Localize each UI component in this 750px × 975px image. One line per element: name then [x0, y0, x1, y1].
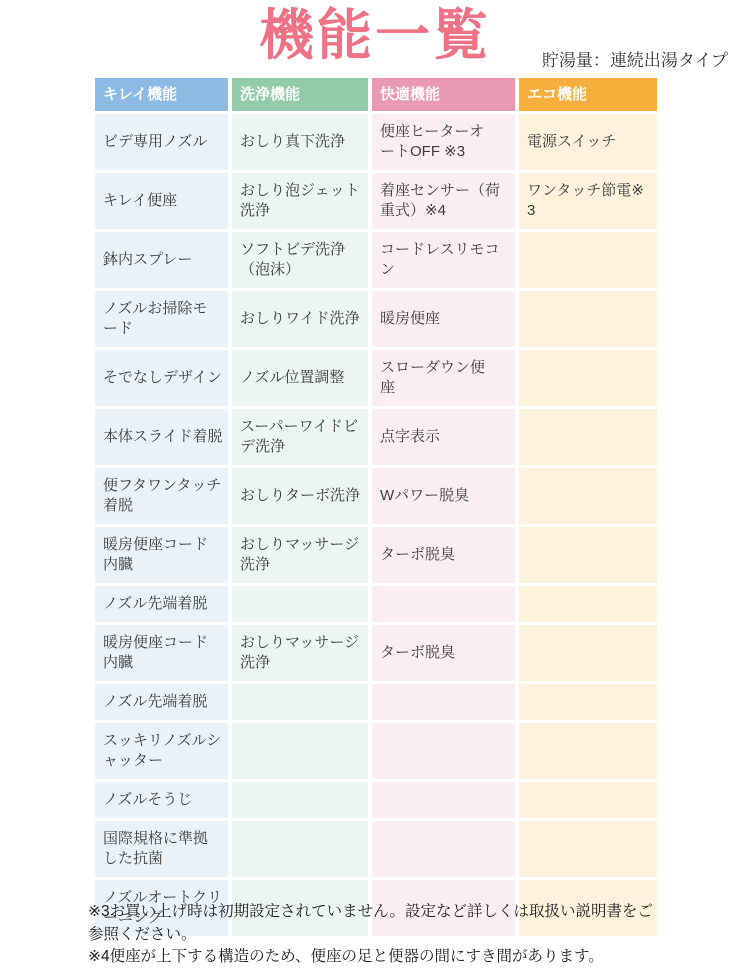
column-header-senjou: 洗浄機能: [232, 78, 368, 111]
table-cell-r2-senjou: おしり泡ジェット 洗浄: [232, 173, 368, 229]
table-cell-r6-senjou: スーパーワイドビ デ洗浄: [232, 409, 368, 465]
column-header-eco: エコ機能: [519, 78, 657, 111]
table-cell-r7-eco: [519, 468, 657, 524]
table-cell-r8-eco: [519, 527, 657, 583]
table-cell-r4-senjou: おしりワイド洗浄: [232, 291, 368, 347]
table-cell-r7-kaiteki: Wパワー脱臭: [372, 468, 515, 524]
table-cell-r14-senjou: [232, 821, 368, 877]
column-header-kaiteki: 快適機能: [372, 78, 515, 111]
table-cell-r1-kirei: ビデ専用ノズル: [95, 114, 228, 170]
table-cell-r4-kirei: ノズルお掃除モ ード: [95, 291, 228, 347]
table-cell-r8-senjou: おしりマッサージ 洗浄: [232, 527, 368, 583]
table-cell-r11-senjou: [232, 684, 368, 720]
table-cell-r12-kirei: スッキリノズルシ ャッター: [95, 723, 228, 779]
table-cell-r7-kirei: 便フタワンタッチ 着脱: [95, 468, 228, 524]
footnote: ※3お買い上げ時は初期設定されていません。設定など詳しくは取扱い説明書をご 参照…: [88, 901, 743, 946]
table-cell-r4-kaiteki: 暖房便座: [372, 291, 515, 347]
table-cell-r11-eco: [519, 684, 657, 720]
table-cell-r14-kaiteki: [372, 821, 515, 877]
table-cell-r10-eco: [519, 625, 657, 681]
table-cell-r1-senjou: おしり真下洗浄: [232, 114, 368, 170]
table-cell-r10-kirei: 暖房便座コード 内臓: [95, 625, 228, 681]
table-cell-r5-eco: [519, 350, 657, 406]
table-cell-r1-eco: 電源スイッチ: [519, 114, 657, 170]
table-cell-r1-kaiteki: 便座ヒーターオ ートOFF ※3: [372, 114, 515, 170]
table-cell-r2-kaiteki: 着座センサー（荷 重式）※4: [372, 173, 515, 229]
table-cell-r3-kaiteki: コードレスリモコ ン: [372, 232, 515, 288]
table-cell-r3-senjou: ソフトビデ洗浄 （泡沫）: [232, 232, 368, 288]
table-cell-r5-senjou: ノズル位置調整: [232, 350, 368, 406]
table-cell-r5-kaiteki: スローダウン便 座: [372, 350, 515, 406]
capacity-type-label: 貯湯量：連続出湯タイプ: [542, 46, 728, 71]
table-cell-r9-kaiteki: [372, 586, 515, 622]
table-cell-r14-eco: [519, 821, 657, 877]
footnote: ※4便座が上下する構造のため、便座の足と便器の間にすき間があります。: [88, 946, 743, 969]
table-cell-r2-eco: ワンタッチ節電※ 3: [519, 173, 657, 229]
table-cell-r9-eco: [519, 586, 657, 622]
table-cell-r14-kirei: 国際規格に準拠 した抗菌: [95, 821, 228, 877]
table-cell-r13-kirei: ノズルそうじ: [95, 782, 228, 818]
table-cell-r13-senjou: [232, 782, 368, 818]
table-cell-r12-kaiteki: [372, 723, 515, 779]
footnotes: ※3お買い上げ時は初期設定されていません。設定など詳しくは取扱い説明書をご 参照…: [88, 901, 743, 969]
table-cell-r6-eco: [519, 409, 657, 465]
table-cell-r12-eco: [519, 723, 657, 779]
table-cell-r10-senjou: おしりマッサージ 洗浄: [232, 625, 368, 681]
table-cell-r2-kirei: キレイ便座: [95, 173, 228, 229]
table-cell-r6-kirei: 本体スライド着脱: [95, 409, 228, 465]
table-cell-r11-kirei: ノズル先端着脱: [95, 684, 228, 720]
table-cell-r9-senjou: [232, 586, 368, 622]
table-cell-r13-kaiteki: [372, 782, 515, 818]
table-cell-r13-eco: [519, 782, 657, 818]
table-cell-r5-kirei: そでなしデザイン: [95, 350, 228, 406]
table-cell-r10-kaiteki: ターボ脱臭: [372, 625, 515, 681]
column-header-kirei: キレイ機能: [95, 78, 228, 111]
feature-table: キレイ機能洗浄機能快適機能エコ機能ビデ専用ノズルおしり真下洗浄便座ヒーターオ ー…: [95, 78, 657, 936]
table-cell-r6-kaiteki: 点字表示: [372, 409, 515, 465]
table-cell-r4-eco: [519, 291, 657, 347]
feature-sheet: 機能一覧 貯湯量：連続出湯タイプ キレイ機能洗浄機能快適機能エコ機能ビデ専用ノズ…: [0, 0, 750, 975]
table-cell-r11-kaiteki: [372, 684, 515, 720]
table-cell-r8-kaiteki: ターボ脱臭: [372, 527, 515, 583]
table-cell-r7-senjou: おしりターボ洗浄: [232, 468, 368, 524]
table-cell-r8-kirei: 暖房便座コード 内臓: [95, 527, 228, 583]
table-cell-r3-kirei: 鉢内スプレー: [95, 232, 228, 288]
table-cell-r12-senjou: [232, 723, 368, 779]
table-cell-r9-kirei: ノズル先端着脱: [95, 586, 228, 622]
table-cell-r3-eco: [519, 232, 657, 288]
